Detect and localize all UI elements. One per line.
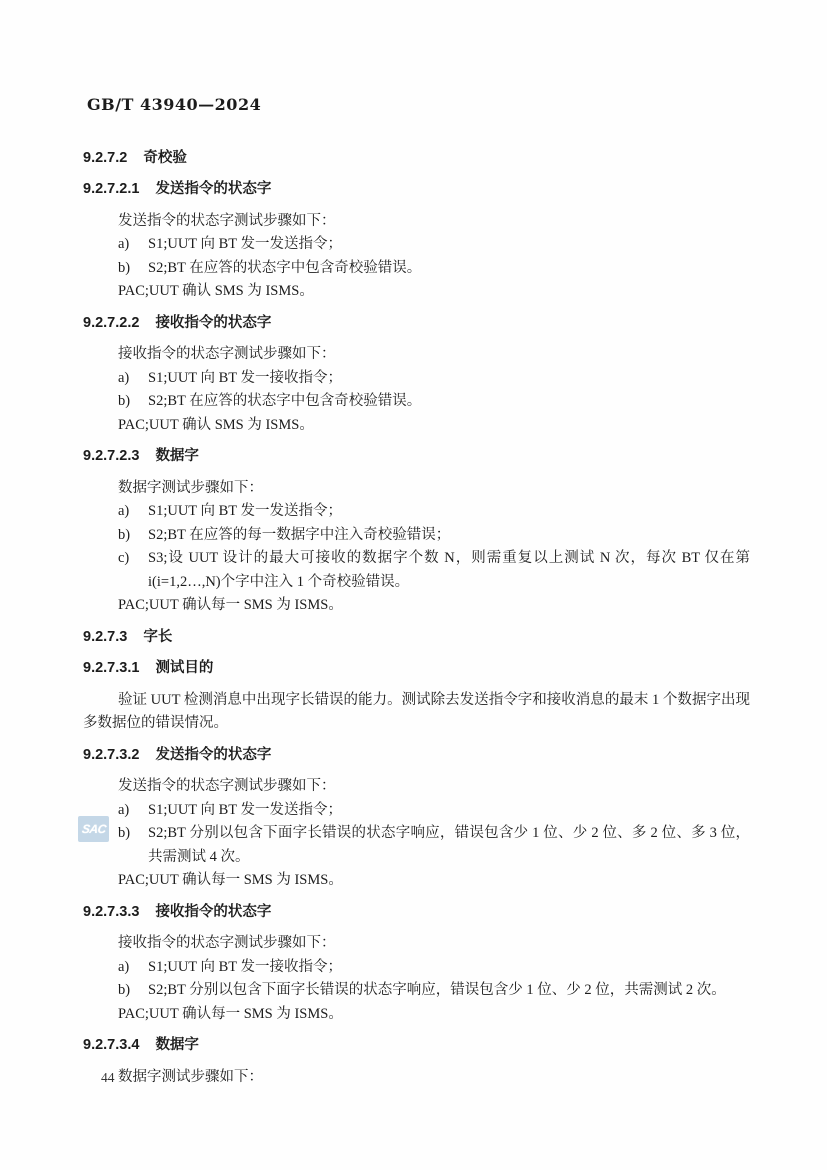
list-item-label: b) — [118, 524, 148, 548]
list-item-label: a) — [118, 956, 148, 980]
page-content: GB/T 43940—2024 9.2.7.2奇校验 9.2.7.2.1发送指令… — [83, 93, 750, 1089]
subsection-heading: 9.2.7.3.4数据字 — [83, 1034, 750, 1058]
list-item: c) S3;设 UUT 设计的最大可接收的数据字个数 N，则需重复以上测试 N … — [118, 547, 750, 594]
list-item: a) S1;UUT 向 BT 发一发送指令； — [118, 500, 750, 524]
subsection-number: 9.2.7.3.1 — [83, 660, 139, 676]
list-item-label: a) — [118, 799, 148, 823]
subsection-number: 9.2.7.2.1 — [83, 181, 139, 197]
sac-watermark-label: SAC — [81, 823, 107, 835]
list-item: a) S1;UUT 向 BT 发一发送指令； — [118, 233, 750, 257]
subsection-number: 9.2.7.3.2 — [83, 747, 139, 763]
subsection-number: 9.2.7.2.2 — [83, 315, 139, 331]
subsection-heading: 9.2.7.2.1发送指令的状态字 — [83, 178, 750, 202]
list-item-text: S2;BT 分别以包含下面字长错误的状态字响应，错误包含少 1 位、少 2 位，… — [148, 979, 750, 1003]
list-item: b) S2;BT 在应答的状态字中包含奇校验错误。 — [118, 257, 750, 281]
list-item: b) S2;BT 分别以包含下面字长错误的状态字响应，错误包含少 1 位、少 2… — [118, 822, 750, 869]
paragraph: 接收指令的状态字测试步骤如下： — [83, 343, 750, 367]
subsection-number: 9.2.7.2.3 — [83, 448, 139, 464]
list-item-text: S2;BT 在应答的状态字中包含奇校验错误。 — [148, 390, 750, 414]
subsection-title: 接收指令的状态字 — [155, 315, 271, 331]
list-item-text: S1;UUT 向 BT 发一接收指令； — [148, 367, 750, 391]
list-item: b) S2;BT 在应答的状态字中包含奇校验错误。 — [118, 390, 750, 414]
section-title: 字长 — [143, 629, 172, 645]
subsection-title: 接收指令的状态字 — [155, 904, 271, 920]
pac-line: PAC;UUT 确认每一 SMS 为 ISMS。 — [118, 1003, 750, 1027]
list-item: a) S1;UUT 向 BT 发一发送指令； — [118, 799, 750, 823]
list-item-label: c) — [118, 547, 148, 594]
list-item-label: b) — [118, 257, 148, 281]
list-item-text: S1;UUT 向 BT 发一发送指令； — [148, 500, 750, 524]
list-item: a) S1;UUT 向 BT 发一接收指令； — [118, 956, 750, 980]
paragraph: 发送指令的状态字测试步骤如下： — [83, 775, 750, 799]
document-page: GB/T 43940—2024 9.2.7.2奇校验 9.2.7.2.1发送指令… — [0, 0, 827, 1170]
list-item: b) S2;BT 分别以包含下面字长错误的状态字响应，错误包含少 1 位、少 2… — [118, 979, 750, 1003]
paragraph: 数据字测试步骤如下： — [83, 477, 750, 501]
subsection-heading: 9.2.7.3.3接收指令的状态字 — [83, 901, 750, 925]
standard-number-header: GB/T 43940—2024 — [87, 93, 750, 117]
pac-line: PAC;UUT 确认每一 SMS 为 ISMS。 — [118, 869, 750, 893]
list-item-label: b) — [118, 979, 148, 1003]
page-number: 44 — [101, 1068, 115, 1088]
section-number: 9.2.7.3 — [83, 629, 127, 645]
list-item: a) S1;UUT 向 BT 发一接收指令； — [118, 367, 750, 391]
section-title: 奇校验 — [143, 150, 187, 166]
subsection-heading: 9.2.7.2.3数据字 — [83, 445, 750, 469]
list-item-text: S3;设 UUT 设计的最大可接收的数据字个数 N，则需重复以上测试 N 次，每… — [148, 547, 750, 594]
subsection-title: 发送指令的状态字 — [155, 747, 271, 763]
subsection-title: 测试目的 — [155, 660, 213, 676]
sac-watermark-logo: SAC — [78, 816, 109, 842]
list-item-label: b) — [118, 390, 148, 414]
subsection-number: 9.2.7.3.4 — [83, 1037, 139, 1053]
list-item-label: a) — [118, 367, 148, 391]
list-item-text: S2;BT 在应答的每一数据字中注入奇校验错误； — [148, 524, 750, 548]
list-item-label: a) — [118, 500, 148, 524]
subsection-title: 发送指令的状态字 — [155, 181, 271, 197]
subsection-title: 数据字 — [155, 1037, 199, 1053]
pac-line: PAC;UUT 确认每一 SMS 为 ISMS。 — [118, 594, 750, 618]
paragraph: 数据字测试步骤如下： — [83, 1066, 750, 1090]
subsection-heading: 9.2.7.2.2接收指令的状态字 — [83, 312, 750, 336]
paragraph: 接收指令的状态字测试步骤如下： — [83, 932, 750, 956]
list-item-text: S1;UUT 向 BT 发一发送指令； — [148, 799, 750, 823]
list-item-text: S2;BT 分别以包含下面字长错误的状态字响应，错误包含少 1 位、少 2 位、… — [148, 822, 750, 869]
list-item-text: S1;UUT 向 BT 发一接收指令； — [148, 956, 750, 980]
list-item-label: b) — [118, 822, 148, 869]
section-heading: 9.2.7.3字长 — [83, 626, 750, 650]
subsection-number: 9.2.7.3.3 — [83, 904, 139, 920]
subsection-title: 数据字 — [155, 448, 199, 464]
pac-line: PAC;UUT 确认 SMS 为 ISMS。 — [118, 414, 750, 438]
paragraph: 验证 UUT 检测消息中出现字长错误的能力。测试除去发送指令字和接收消息的最末 … — [83, 689, 750, 736]
list-item-label: a) — [118, 233, 148, 257]
list-item-text: S1;UUT 向 BT 发一发送指令； — [148, 233, 750, 257]
section-number: 9.2.7.2 — [83, 150, 127, 166]
paragraph: 发送指令的状态字测试步骤如下： — [83, 210, 750, 234]
list-item-text: S2;BT 在应答的状态字中包含奇校验错误。 — [148, 257, 750, 281]
section-heading: 9.2.7.2奇校验 — [83, 147, 750, 171]
subsection-heading: 9.2.7.3.2发送指令的状态字 — [83, 744, 750, 768]
pac-line: PAC;UUT 确认 SMS 为 ISMS。 — [118, 280, 750, 304]
list-item: b) S2;BT 在应答的每一数据字中注入奇校验错误； — [118, 524, 750, 548]
subsection-heading: 9.2.7.3.1测试目的 — [83, 657, 750, 681]
